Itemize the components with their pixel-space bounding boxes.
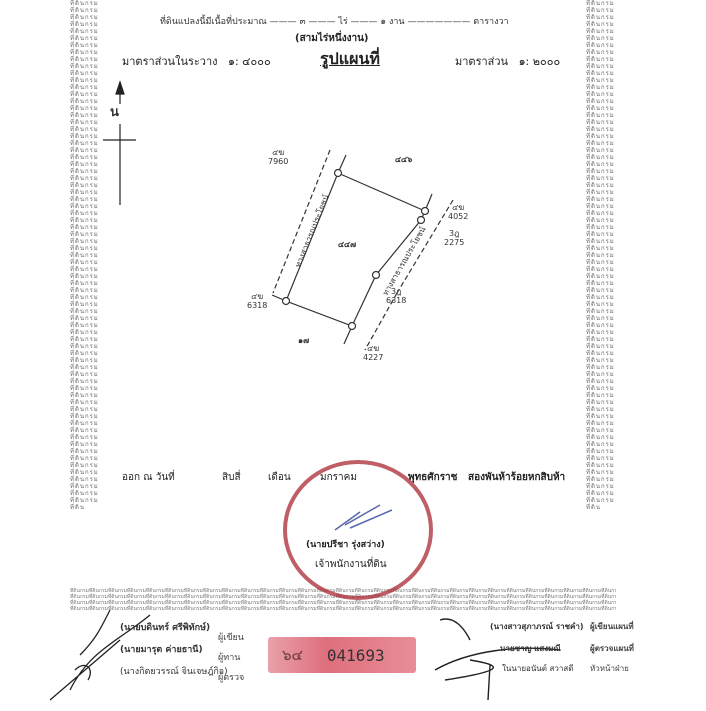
role-writer: ผู้เขียน	[218, 630, 244, 644]
marker-2275: 3ฎ2275	[444, 229, 464, 247]
serial-prefix: ๖๔	[282, 643, 303, 667]
official-seal	[283, 460, 433, 600]
marker-4-6318: ๔ฆ6318	[247, 292, 267, 310]
role-map-checker: ผู้ตรวจแผนที่	[590, 642, 634, 655]
marker-7960: ๔ฆ7960	[268, 148, 288, 166]
issue-day: สิบสี่	[222, 470, 241, 485]
north-label: น	[110, 108, 119, 117]
role-reviewer: ผู้ทาน	[218, 650, 240, 664]
marker-3-6318: 3ฎ6318	[386, 287, 406, 305]
issue-prefix: ออก ณ วันที่	[122, 470, 175, 485]
north-neighbor: ๔๔๖	[395, 155, 412, 164]
parcel-map: ทางสาธารณประโยชน์ ทางสาธารณประโยชน์	[0, 0, 706, 711]
issue-month-label: เดือน	[268, 470, 291, 485]
official-title: เจ้าพนักงานที่ดิน	[315, 557, 387, 572]
map-checker-name: นายชาญ แสงมณี	[500, 642, 561, 655]
marker-4227: ๔ฆ4227	[363, 344, 383, 362]
role-checker: ผู้ตรวจ	[218, 670, 244, 684]
marker-4052: ๔ฆ4052	[448, 203, 468, 221]
signatory-writer: (นายบดินทร์ ศรีพิทักษ์)	[120, 620, 210, 634]
role-section-head: หัวหน้าฝ่าย	[590, 662, 629, 675]
serial-number: ๖๔ 041693	[268, 637, 416, 673]
north-arrow-icon	[103, 82, 136, 205]
signatory-reviewer: (นายมารุต ค่ายธานี)	[120, 642, 203, 656]
map-writer-name: (นางสาวสุภาภรณ์ ราชคำ)	[490, 620, 584, 633]
official-name: (นายปรีชา รุ่งสว่าง)	[306, 537, 385, 551]
parcel-number: ๔๔๗	[338, 240, 356, 249]
south-neighbor: ๑๗	[298, 336, 309, 345]
road-left-label: ทางสาธารณประโยชน์	[293, 192, 332, 268]
issue-year: สองพันห้าร้อยหกสิบห้า	[468, 470, 565, 485]
signatory-checker: (นางกิตยวรรณ์ จินเจษฎ์กิจ)	[120, 664, 228, 678]
serial-value: 041693	[327, 646, 385, 665]
section-head-name: ในนายอนันต์ สวาสดี	[502, 662, 573, 675]
issue-year-label: พุทธศักราช	[408, 470, 457, 485]
role-map-writer: ผู้เขียนแผนที่	[590, 620, 634, 633]
